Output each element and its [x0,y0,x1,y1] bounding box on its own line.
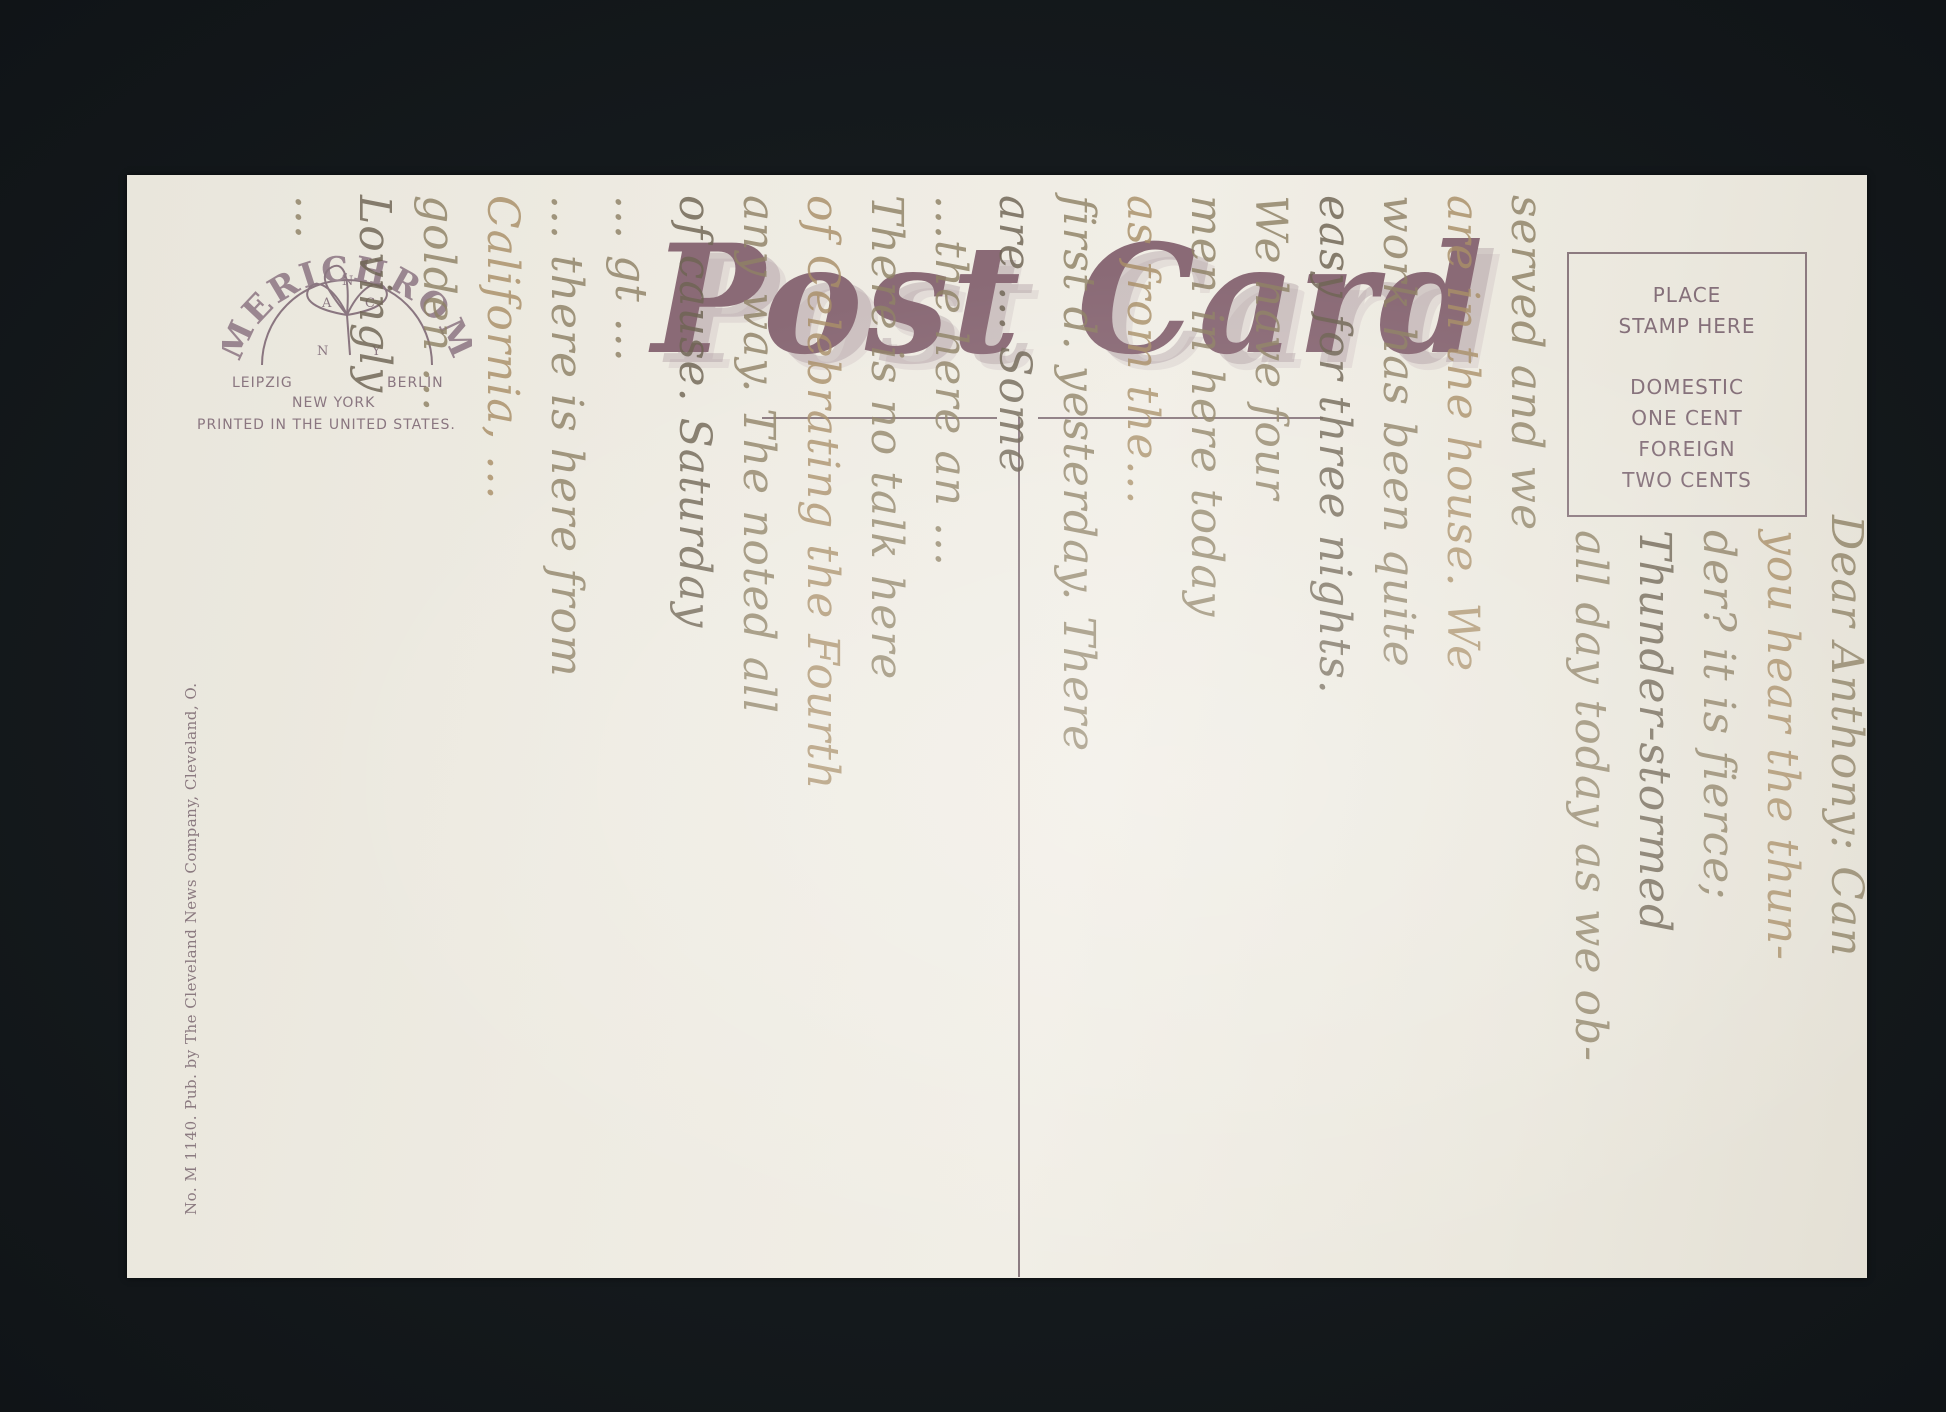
handwritten-line: are ... Some [989,195,1040,475]
handwritten-line: first d. yesterday. There [1053,195,1104,752]
handwritten-line: ...the here an ... [925,195,976,567]
handwritten-line: ... there is here from [541,195,592,678]
postcard-back: AMERICHROME A N C N Y LEIPZIG BERLIN NEW… [127,175,1867,1278]
handwritten-line: Thunder-stormed [1629,530,1680,933]
handwritten-message: Dear Anthony: Canyou hear the thun-der? … [127,175,1867,1278]
handwritten-line: Lovingly [349,195,400,393]
handwritten-line: easy for three nights. [1309,195,1360,695]
handwritten-line: der? it is fierce; [1693,530,1744,900]
handwritten-line: golden ... [413,195,464,412]
handwritten-line: served and we [1501,195,1552,531]
handwritten-line: are in the house. We [1437,195,1488,672]
handwritten-line: We have four [1245,195,1296,500]
handwritten-line: Dear Anthony: Can [1821,515,1867,957]
handwritten-line: ... gt ... [605,195,656,363]
handwritten-line: California, ... [477,195,528,500]
handwritten-line: as from the... [1117,195,1168,505]
handwritten-line: any way. The noted all [733,195,784,714]
handwritten-line: work has been quite [1373,195,1424,668]
handwritten-line: you hear the thun- [1757,530,1808,961]
handwritten-line: all day today as we ob- [1565,530,1616,1062]
handwritten-line: men in here today [1181,195,1232,617]
handwritten-line: of cause. Saturday [669,195,720,628]
handwritten-line: There is no talk here [861,195,912,680]
handwritten-line: of Celebrating the Fourth [797,195,848,790]
handwritten-line: ... [285,195,336,240]
